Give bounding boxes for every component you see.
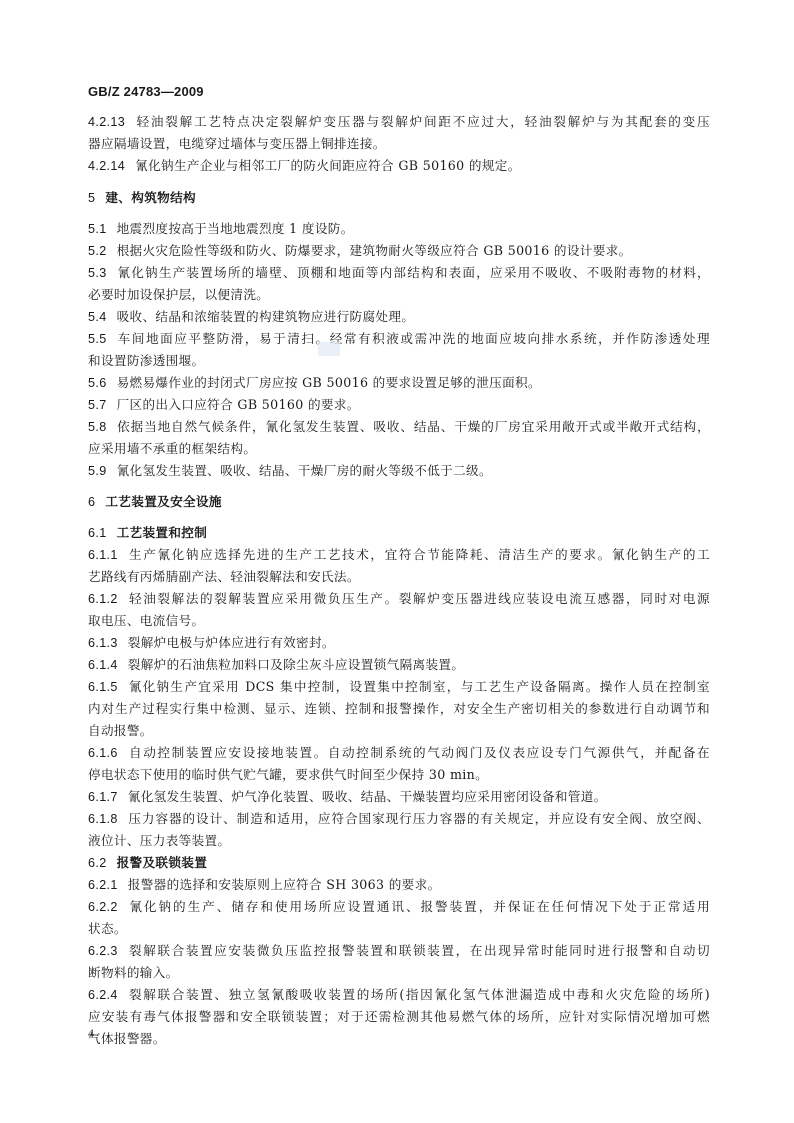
clause-text: 报警及联锁装置	[117, 855, 208, 870]
clause-text: 状态。	[88, 921, 127, 936]
clause-text: 氰化钠的生产、储存和使用场所应设置通讯、报警装置，并保证在任何情况下处于正常适用	[128, 899, 710, 914]
clause: 6.2.4裂解联合装置、独立氢氰酸吸收装置的场所(指因氰化氢气体泄漏造成中毒和火…	[88, 987, 710, 1003]
clause-number: 6	[88, 495, 95, 509]
paragraph-continuation: 状态。	[88, 921, 710, 937]
clause: 4.2.13轻油裂解工艺特点决定裂解炉变压器与裂解炉间距不应过大，轻油裂解炉与为…	[88, 114, 710, 130]
clause-text: 裂解炉的石油焦粒加料口及除尘灰斗应设置锁气隔离装置。	[128, 657, 465, 672]
clause-text: 裂解联合装置应安装微负压监控报警装置和联锁装置，在出现异常时能同时进行报警和自动…	[128, 943, 710, 958]
paragraph-continuation: 应采用墙不承重的框架结构。	[88, 441, 710, 457]
paragraph-continuation: 液位计、压力表等装置。	[88, 833, 710, 849]
clause: 6.1.7氰化氢发生装置、炉气净化装置、吸收、结晶、干燥装置均应采用密闭设备和管…	[88, 789, 710, 805]
clause: 5.1地震烈度按高于当地地震烈度 1 度设防。	[88, 221, 710, 237]
clause-number: 5.1	[88, 222, 107, 236]
clause-text: 气体报警器。	[88, 1031, 166, 1046]
paragraph-continuation: 停电状态下使用的临时供气贮气罐，要求供气时间至少保持 30 min。	[88, 767, 710, 783]
clause-text: 艺路线有丙烯腈副产法、轻油裂解法和安氏法。	[88, 569, 360, 584]
clause-number: 6.1.2	[88, 592, 118, 606]
clause-text: 断物料的输入。	[88, 965, 179, 980]
clause: 5.9氰化氢发生装置、吸收、结晶、干燥厂房的耐火等级不低于二级。	[88, 463, 710, 479]
paragraph-continuation: 艺路线有丙烯腈副产法、轻油裂解法和安氏法。	[88, 569, 710, 585]
clause: 6.2.3裂解联合装置应安装微负压监控报警装置和联锁装置，在出现异常时能同时进行…	[88, 943, 710, 959]
clause-number: 5.6	[88, 376, 107, 390]
paragraph-continuation: 器应隔墙设置，电缆穿过墙体与变压器上铜排连接。	[88, 136, 710, 152]
clause-text: 根据火灾危险性等级和防火、防爆要求，建筑物耐火等级应符合 GB 50016 的设…	[117, 243, 632, 258]
subsection-heading: 6.1工艺装置和控制	[88, 525, 710, 541]
clause: 5.8依据当地自然气候条件，氰化氢发生装置、吸收、结晶、干燥的厂房宜采用敞开式或…	[88, 419, 710, 435]
clause-text: 轻油裂解工艺特点决定裂解炉变压器与裂解炉间距不应过大，轻油裂解炉与为其配套的变压	[135, 114, 710, 129]
clause-number: 6.1.1	[88, 548, 118, 562]
clause-text: 和设置防渗透围堰。	[88, 353, 205, 368]
clause-text: 裂解联合装置、独立氢氰酸吸收装置的场所(指因氰化氢气体泄漏造成中毒和火灾危险的场…	[128, 987, 710, 1002]
clause-text: 器应隔墙设置，电缆穿过墙体与变压器上铜排连接。	[88, 136, 386, 151]
clause-text: 报警器的选择和安装原则上应符合 SH 3063 的要求。	[128, 877, 441, 892]
clause-text: 必要时加设保护层，以便清洗。	[88, 287, 269, 302]
clause: 6.1.2轻油裂解法的裂解装置应采用微负压生产。裂解炉变压器进线应装设电流互感器…	[88, 591, 710, 607]
clause-text: 压力容器的设计、制造和适用，应符合国家现行压力容器的有关规定，并应设有安全阀、放…	[128, 811, 710, 826]
clause-text: 应安装有毒气体报警器和安全联锁装置；对于还需检测其他易燃气体的场所，应针对实际情…	[88, 1009, 710, 1024]
clause: 5.7厂区的出入口应符合 GB 50160 的要求。	[88, 397, 710, 413]
subsection-heading: 6.2报警及联锁装置	[88, 855, 710, 871]
paragraph-continuation: 气体报警器。	[88, 1031, 710, 1047]
clause-number: 4.2.14	[88, 159, 125, 173]
paragraph-continuation: 断物料的输入。	[88, 965, 710, 981]
clause-number: 6.1.6	[88, 746, 118, 760]
clause-number: 5.7	[88, 398, 107, 412]
clause-text: 工艺装置和控制	[117, 525, 208, 540]
clause-number: 6.1.3	[88, 636, 118, 650]
clause: 6.1.4裂解炉的石油焦粒加料口及除尘灰斗应设置锁气隔离装置。	[88, 657, 710, 673]
clause-text: 车间地面应平整防滑，易于清扫。经常有积液或需冲洗的地面应坡向排水系统，并作防渗透…	[117, 331, 710, 346]
clause-text: 氰化氢发生装置、炉气净化装置、吸收、结晶、干燥装置均应采用密闭设备和管道。	[128, 789, 607, 804]
paragraph-continuation: 自动报警。	[88, 723, 710, 739]
clause-text: 自动报警。	[88, 723, 153, 738]
page-number: 4	[88, 1026, 94, 1041]
clause: 6.1.5氰化钠生产宜采用 DCS 集中控制，设置集中控制室，与工艺生产设备隔离…	[88, 679, 710, 695]
clause-text: 自动控制装置应安设接地装置。自动控制系统的气动阀门及仪表应设专门气源供气，并配备…	[128, 745, 710, 760]
clause: 5.5车间地面应平整防滑，易于清扫。经常有积液或需冲洗的地面应坡向排水系统，并作…	[88, 331, 710, 347]
clause: 6.1.8压力容器的设计、制造和适用，应符合国家现行压力容器的有关规定，并应设有…	[88, 811, 710, 827]
clause-text: 应采用墙不承重的框架结构。	[88, 441, 256, 456]
clause-number: 6.1.8	[88, 812, 118, 826]
clause-text: 生产氰化钠应选择先进的生产工艺技术，宜符合节能降耗、清洁生产的要求。氰化钠生产的…	[128, 547, 710, 562]
paragraph-continuation: 应安装有毒气体报警器和安全联锁装置；对于还需检测其他易燃气体的场所，应针对实际情…	[88, 1009, 710, 1025]
clause-text: 取电压、电流信号。	[88, 613, 205, 628]
clause: 6.2.2氰化钠的生产、储存和使用场所应设置通讯、报警装置，并保证在任何情况下处…	[88, 899, 710, 915]
clause-number: 6.2.3	[88, 944, 118, 958]
clause-text: 氰化钠生产企业与相邻工厂的防火间距应符合 GB 50160 的规定。	[135, 158, 521, 173]
clause-number: 6.1.4	[88, 658, 118, 672]
clause-text: 停电状态下使用的临时供气贮气罐，要求供气时间至少保持 30 min。	[88, 767, 488, 782]
clause: 5.3氰化钠生产装置场所的墙壁、顶棚和地面等内部结构和表面，应采用不吸收、不吸附…	[88, 265, 710, 281]
clause-number: 6.2	[88, 856, 107, 870]
clause-text: 裂解炉电极与炉体应进行有效密封。	[128, 635, 335, 650]
clause-number: 5.4	[88, 310, 107, 324]
clause-text: 氰化钠生产装置场所的墙壁、顶棚和地面等内部结构和表面，应采用不吸收、不吸附毒物的…	[117, 265, 710, 280]
clause: 5.2根据火灾危险性等级和防火、防爆要求，建筑物耐火等级应符合 GB 50016…	[88, 243, 710, 259]
clause-number: 5.9	[88, 464, 107, 478]
clause-text: 轻油裂解法的裂解装置应采用微负压生产。裂解炉变压器进线应装设电流互感器，同时对电…	[128, 591, 710, 606]
clause: 6.1.1生产氰化钠应选择先进的生产工艺技术，宜符合节能降耗、清洁生产的要求。氰…	[88, 547, 710, 563]
clause-number: 5.5	[88, 332, 107, 346]
clause: 6.1.3裂解炉电极与炉体应进行有效密封。	[88, 635, 710, 651]
clause: 6.1.6自动控制装置应安设接地装置。自动控制系统的气动阀门及仪表应设专门气源供…	[88, 745, 710, 761]
clause-text: 氰化钠生产宜采用 DCS 集中控制，设置集中控制室，与工艺生产设备隔离。操作人员…	[128, 679, 710, 694]
clause-text: 氰化氢发生装置、吸收、结晶、干燥厂房的耐火等级不低于二级。	[117, 463, 492, 478]
clause-text: 工艺装置及安全设施	[105, 494, 222, 509]
clause-number: 6.1.7	[88, 790, 118, 804]
paragraph-continuation: 内对生产过程实行集中检测、显示、连锁、控制和报警操作，对安全生产密切相关的参数进…	[88, 701, 710, 717]
clause-number: 6.2.2	[88, 900, 118, 914]
clause-number: 5	[88, 191, 95, 205]
section-heading: 6工艺装置及安全设施	[88, 494, 710, 510]
clause: 6.2.1报警器的选择和安装原则上应符合 SH 3063 的要求。	[88, 877, 710, 893]
watermark-logo	[318, 342, 340, 356]
paragraph-continuation: 取电压、电流信号。	[88, 613, 710, 629]
section-heading: 5建、构筑物结构	[88, 190, 710, 206]
clause-number: 6.1	[88, 526, 107, 540]
clause-number: 5.8	[88, 420, 107, 434]
clause-text: 液位计、压力表等装置。	[88, 833, 230, 848]
clause: 5.6易燃易爆作业的封闭式厂房应按 GB 50016 的要求设置足够的泄压面积。	[88, 375, 710, 391]
paragraph-continuation: 必要时加设保护层，以便清洗。	[88, 287, 710, 303]
clause-number: 6.2.1	[88, 878, 118, 892]
clause-text: 依据当地自然气候条件，氰化氢发生装置、吸收、结晶、干燥的厂房宜采用敞开式或半敞开…	[117, 419, 710, 434]
clause-number: 6.1.5	[88, 680, 118, 694]
clause-text: 地震烈度按高于当地地震烈度 1 度设防。	[117, 221, 354, 236]
paragraph-continuation: 和设置防渗透围堰。	[88, 353, 710, 369]
clause-number: 4.2.13	[88, 115, 125, 129]
clause: 5.4吸收、结晶和浓缩装置的构建筑物应进行防腐处理。	[88, 309, 710, 325]
clause-number: 5.3	[88, 266, 107, 280]
clause-text: 厂区的出入口应符合 GB 50160 的要求。	[117, 397, 360, 412]
standard-code: GB/Z 24783—2009	[88, 84, 204, 99]
clause: 4.2.14氰化钠生产企业与相邻工厂的防火间距应符合 GB 50160 的规定。	[88, 158, 710, 174]
clause-text: 建、构筑物结构	[105, 190, 196, 205]
clause-number: 6.2.4	[88, 988, 118, 1002]
clause-text: 内对生产过程实行集中检测、显示、连锁、控制和报警操作，对安全生产密切相关的参数进…	[88, 701, 710, 716]
clause-text: 易燃易爆作业的封闭式厂房应按 GB 50016 的要求设置足够的泄压面积。	[117, 375, 541, 390]
clause-number: 5.2	[88, 244, 107, 258]
clause-text: 吸收、结晶和浓缩装置的构建筑物应进行防腐处理。	[117, 309, 415, 324]
